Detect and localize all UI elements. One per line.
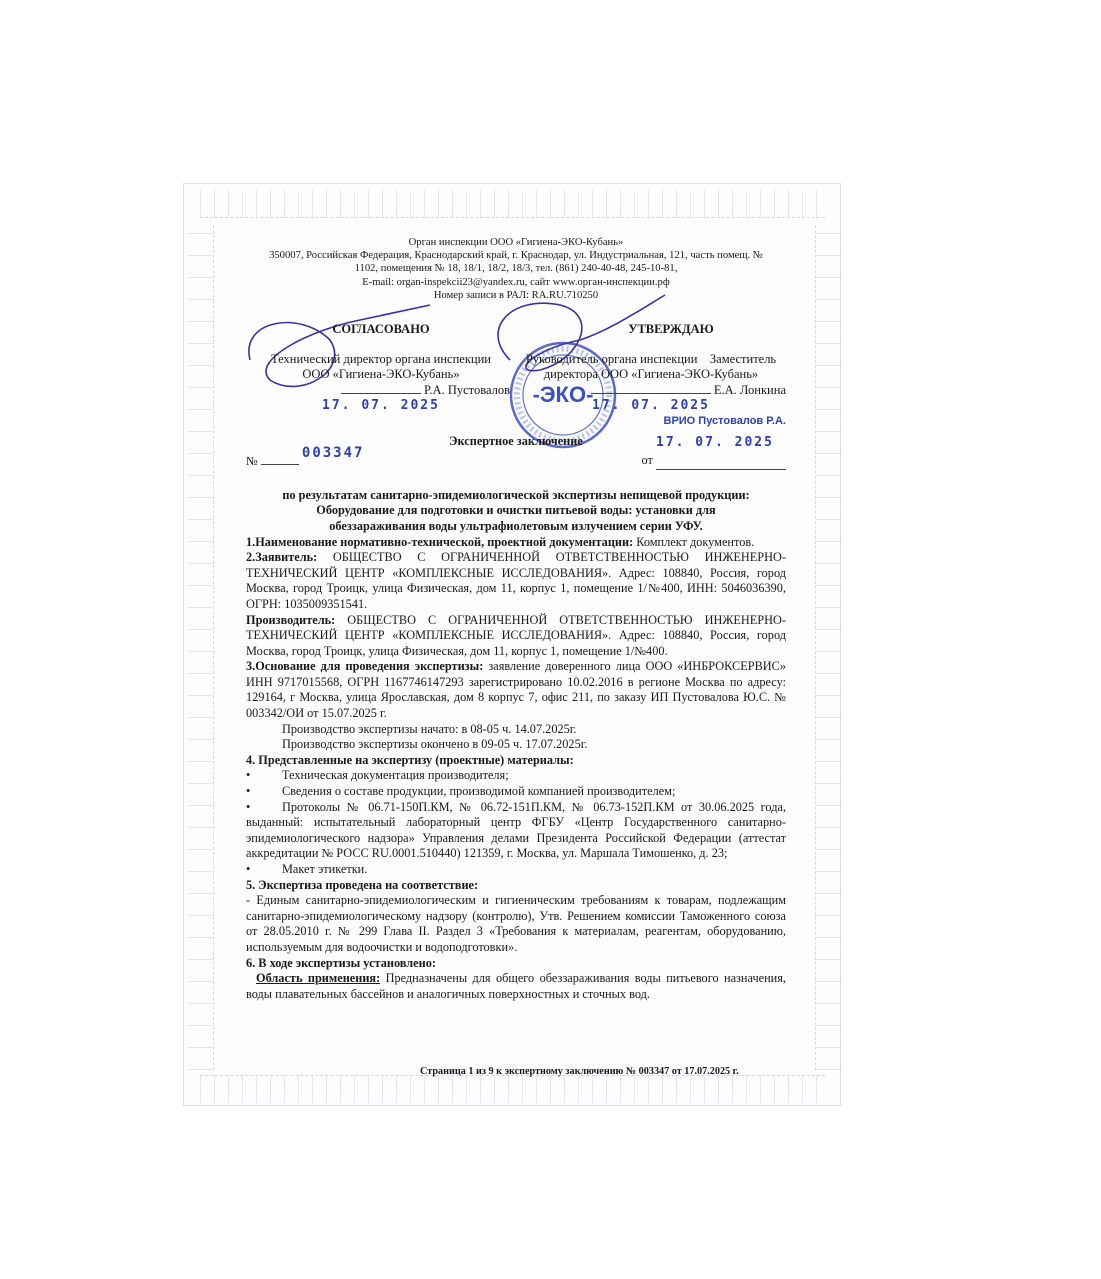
section-manufacturer: Производитель: ОБЩЕСТВО С ОГРАНИЧЕННОЙ О… bbox=[246, 613, 786, 660]
date-stamp: 17. 07. 2025 bbox=[656, 435, 774, 451]
conclusion-subject: по результатам санитарно-эпидемиологичес… bbox=[246, 488, 786, 535]
approval-right-org: директора ООО «Гигиена-ЭКО-Кубань» bbox=[516, 367, 786, 383]
approval-left-title: СОГЛАСОВАНО bbox=[246, 322, 516, 338]
approval-left-signer: Р.А. Пустовалов bbox=[424, 383, 510, 397]
approval-right-role: Руководитель органа инспекции Заместител… bbox=[516, 352, 786, 368]
approval-right-title: УТВЕРЖДАЮ bbox=[516, 322, 786, 338]
issuer-header: Орган инспекции ООО «Гигиена-ЭКО-Кубань»… bbox=[246, 236, 786, 302]
approval-left-date-stamp: 17. 07. 2025 bbox=[246, 398, 516, 414]
approval-right-signer: Е.А. Лонкина bbox=[714, 383, 786, 397]
frame-border-right bbox=[815, 225, 841, 1070]
section-3: 3.Основание для проведения экспертизы: з… bbox=[246, 659, 786, 721]
list-item: •Макет этикетки. bbox=[246, 862, 786, 878]
approval-right-date-stamp: 17. 07. 2025 bbox=[516, 398, 786, 414]
section-6-label: 6. В ходе экспертизы установлено: bbox=[246, 956, 786, 972]
manufacturer-label: Производитель: bbox=[246, 613, 335, 627]
section-5-label: 5. Экспертиза проведена на соответствие: bbox=[246, 878, 786, 894]
materials-list: •Техническая документация производителя;… bbox=[246, 768, 786, 877]
approval-right: УТВЕРЖДАЮ Руководитель органа инспекции … bbox=[516, 322, 786, 430]
issuer-org: Орган инспекции ООО «Гигиена-ЭКО-Кубань» bbox=[246, 236, 786, 249]
list-item-text: Протоколы № 06.71-150П.КМ, № 06.72-151П.… bbox=[246, 800, 786, 861]
section-2: 2.Заявитель: ОБЩЕСТВО С ОГРАНИЧЕННОЙ ОТВ… bbox=[246, 550, 786, 612]
expertise-finished: Производство экспертизы окончено в 09-05… bbox=[246, 737, 786, 753]
section-4-label: 4. Представленные на экспертизу (проектн… bbox=[246, 753, 786, 769]
issuer-contacts: E-mail: organ-inspekcii23@yandex.ru, сай… bbox=[246, 276, 786, 289]
list-item-text: Макет этикетки. bbox=[282, 862, 367, 878]
section-1-text: Комплект документов. bbox=[633, 535, 754, 549]
section-6-scope: Область применения: Предназначены для об… bbox=[246, 971, 786, 1002]
list-item-text: Техническая документация производителя; bbox=[282, 768, 509, 784]
section-1: 1.Наименование нормативно-технической, п… bbox=[246, 535, 786, 551]
number-label: № bbox=[246, 454, 258, 468]
frame-border-left bbox=[188, 225, 214, 1070]
date-label: от bbox=[642, 453, 653, 467]
frame-border-top bbox=[200, 190, 825, 218]
list-item-text: Сведения о составе продукции, производим… bbox=[282, 784, 675, 800]
subject-line-1: по результатам санитарно-эпидемиологичес… bbox=[246, 488, 786, 504]
acting-stamp: ВРИО Пустовалов Р.А. bbox=[516, 414, 786, 430]
page-footer: Страница 1 из 9 к экспертному заключению… bbox=[420, 1066, 739, 1077]
approval-left-role: Технический директор органа инспекции bbox=[246, 352, 516, 368]
list-item: •Техническая документация производителя; bbox=[246, 768, 786, 784]
section-5-text: - Единым санитарно-эпидемиологическим и … bbox=[246, 893, 786, 955]
conclusion-number-row: № 003347 от 17. 07. 2025 bbox=[246, 453, 786, 470]
issuer-registry: Номер записи в РАЛ: RA.RU.710250 bbox=[246, 289, 786, 302]
approval-left: СОГЛАСОВАНО Технический директор органа … bbox=[246, 322, 516, 430]
subject-line-3: обеззараживания воды ультрафиолетовым из… bbox=[246, 519, 786, 535]
issuer-address-1: 350007, Российская Федерация, Краснодарс… bbox=[246, 249, 786, 262]
approval-left-org: ООО «Гигиена-ЭКО-Кубань» bbox=[246, 367, 516, 383]
number-stamp: 003347 bbox=[302, 445, 365, 461]
section-1-label: 1.Наименование нормативно-технической, п… bbox=[246, 535, 633, 549]
list-item: •Сведения о составе продукции, производи… bbox=[246, 784, 786, 800]
document-body: Орган инспекции ООО «Гигиена-ЭКО-Кубань»… bbox=[246, 236, 786, 1002]
issuer-address-2: 1102, помещения № 18, 18/1, 18/2, 18/3, … bbox=[246, 262, 786, 275]
section-2-text: ОБЩЕСТВО С ОГРАНИЧЕННОЙ ОТВЕТСТВЕННОСТЬЮ… bbox=[246, 550, 786, 611]
list-item: •Протоколы № 06.71-150П.КМ, № 06.72-151П… bbox=[246, 800, 786, 862]
section-3-label: 3.Основание для проведения экспертизы: bbox=[246, 659, 483, 673]
expertise-started: Производство экспертизы начато: в 08-05 … bbox=[246, 722, 786, 738]
section-2-label: 2.Заявитель: bbox=[246, 550, 317, 564]
approval-block: СОГЛАСОВАНО Технический директор органа … bbox=[246, 322, 786, 430]
subject-line-2: Оборудование для подготовки и очистки пи… bbox=[246, 503, 786, 519]
frame-border-bottom bbox=[200, 1075, 825, 1103]
scope-label: Область применения: bbox=[256, 971, 380, 985]
